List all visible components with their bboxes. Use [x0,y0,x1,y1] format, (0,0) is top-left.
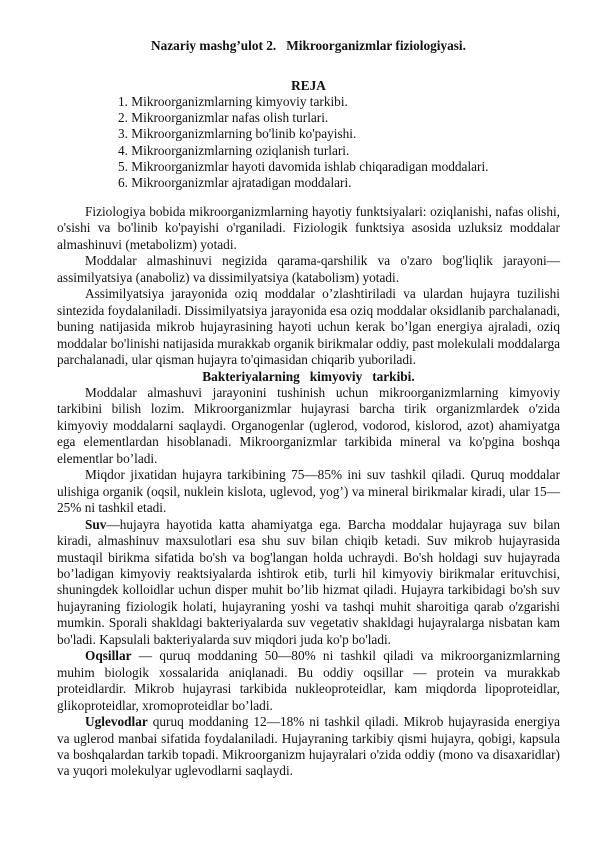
paragraph-assimilation: Assimilyatsiya jarayonida oziq moddalar … [57,286,560,368]
page-title: Nazariy mashg’ulot 2. Mikroorganizmlar f… [57,38,560,54]
water-text: —hujayra hayotida katta ahamiyatga ega. … [57,517,560,647]
paragraph-carbohydrates: Uglevodlar quruq moddaning 12—18% ni tas… [57,714,560,780]
plan-heading: REJA [57,78,560,94]
paragraph-water: Suv—hujayra hayotida katta ahamiyatga eg… [57,517,560,649]
term-proteins: Oqsillar [85,648,132,663]
plan-item: 2. Mikroorganizmlar nafas olish turlari. [118,110,489,126]
paragraph-metabolism: Moddalar almashinuvi negizida qarama-qar… [57,253,560,286]
body-text: Fiziologiya bobida mikroorganizmlarning … [57,204,560,780]
section-heading: Bakteriyalarning kimyoviy tarkibi. [57,369,560,385]
term-water: Suv [85,517,106,532]
plan-item: 1. Mikroorganizmlarning kimyoviy tarkibi… [118,94,489,110]
paragraph-physiology: Fiziologiya bobida mikroorganizmlarning … [57,204,560,253]
plan-item: 6. Mikroorganizmlar ajratadigan moddalar… [118,175,489,191]
plan-item: 5. Mikroorganizmlar hayoti davomida ishl… [118,159,489,175]
paragraph-chemical-composition: Moddalar almashuvi jarayonini tushinish … [57,385,560,467]
paragraph-quantity: Miqdor jixatidan hujayra tarkibining 75—… [57,467,560,516]
term-carbohydrates: Uglevodlar [85,714,148,729]
plan-item: 4. Mikroorganizmlarning oziqlanish turla… [118,143,489,159]
plan-list: 1. Mikroorganizmlarning kimyoviy tarkibi… [118,94,489,191]
proteins-text: — quruq moddaning 50—80% ni tashkil qila… [57,648,560,712]
plan-item: 3. Mikroorganizmlarning bo'linib ko'payi… [118,126,489,142]
paragraph-proteins: Oqsillar — quruq moddaning 50—80% ni tas… [57,648,560,714]
